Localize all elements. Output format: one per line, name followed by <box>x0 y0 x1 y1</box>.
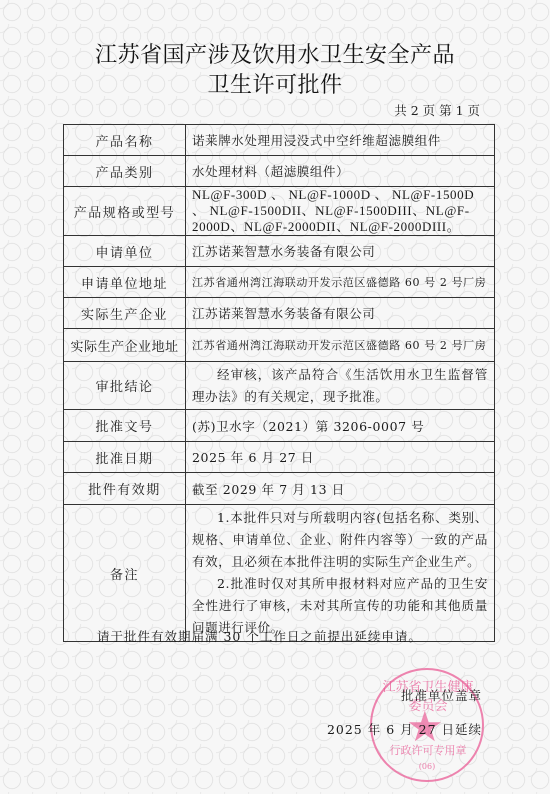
row-label: 实际生产企业 <box>64 298 186 329</box>
row-label: 申请单位 <box>64 236 186 267</box>
approval-number: (苏)卫水字（2021）第 3206-0007 号 <box>186 410 495 442</box>
product-category: 水处理材料（超滤膜组件） <box>186 156 495 187</box>
row-label: 批准日期 <box>64 442 186 473</box>
row-label: 批件有效期 <box>64 473 186 505</box>
table-row: 实际生产企业 江苏诺莱智慧水务装备有限公司 <box>64 298 495 329</box>
table-row: 申请单位地址 江苏省通州湾江海联动开发示范区盛德路 60 号 2 号厂房 <box>64 267 495 298</box>
validity-period: 截至 2029 年 7 月 13 日 <box>186 473 495 505</box>
manufacturer: 江苏诺莱智慧水务装备有限公司 <box>186 298 495 329</box>
row-label: 审批结论 <box>64 362 186 410</box>
row-label: 产品名称 <box>64 125 186 156</box>
approval-table: 产品名称 诺莱牌水处理用浸没式中空纤维超滤膜组件 产品类别 水处理材料（超滤膜组… <box>63 124 495 642</box>
remarks: 1.本批件只对与所载明内容(包括名称、类别、规格、申请单位、企业、附件内容等）一… <box>186 505 495 642</box>
applicant-address: 江苏省通州湾江海联动开发示范区盛德路 60 号 2 号厂房 <box>186 267 495 298</box>
row-label: 申请单位地址 <box>64 267 186 298</box>
seal-bottom-text: 行政许可专用章 <box>380 742 476 758</box>
row-label: 产品规格或型号 <box>64 187 186 236</box>
table-row: 备注 1.本批件只对与所载明内容(包括名称、类别、规格、申请单位、企业、附件内容… <box>64 505 495 642</box>
row-label: 批准文号 <box>64 410 186 442</box>
table-row: 实际生产企业地址 江苏省通州湾江海联动开发示范区盛德路 60 号 2 号厂房 <box>64 329 495 362</box>
table-row: 产品规格或型号 NL@F-300D 、 NL@F-1000D 、 NL@F-15… <box>64 187 495 236</box>
document-title-line1: 江苏省国产涉及饮用水卫生安全产品 <box>0 38 550 69</box>
remark-item: 1.本批件只对与所载明内容(包括名称、类别、规格、申请单位、企业、附件内容等）一… <box>192 507 488 573</box>
table-row: 产品名称 诺莱牌水处理用浸没式中空纤维超滤膜组件 <box>64 125 495 156</box>
table-row: 批准日期 2025 年 6 月 27 日 <box>64 442 495 473</box>
renewal-note: 请于批件有效期届满 30 个工作日之前提出延续申请。 <box>97 627 422 645</box>
document-title-line2: 卫生许可批件 <box>0 68 550 99</box>
row-label: 产品类别 <box>64 156 186 187</box>
table-row: 产品类别 水处理材料（超滤膜组件） <box>64 156 495 187</box>
manufacturer-address: 江苏省通州湾江海联动开发示范区盛德路 60 号 2 号厂房 <box>186 329 495 362</box>
table-row: 批件有效期 截至 2029 年 7 月 13 日 <box>64 473 495 505</box>
table-row: 批准文号 (苏)卫水字（2021）第 3206-0007 号 <box>64 410 495 442</box>
seal-label: 批准单位盖章 <box>401 686 482 704</box>
table-row: 申请单位 江苏诺莱智慧水务装备有限公司 <box>64 236 495 267</box>
row-label: 实际生产企业地址 <box>64 329 186 362</box>
seal-date: 2025 年 6 月 27 日延续 <box>327 720 482 738</box>
table-row: 审批结论 经审核，该产品符合《生活饮用水卫生监督管理办法》的有关规定，现予批准。 <box>64 362 495 410</box>
row-label: 备注 <box>64 505 186 642</box>
seal-number: (06) <box>372 762 482 771</box>
approval-date: 2025 年 6 月 27 日 <box>186 442 495 473</box>
page-indicator: 共 2 页 第 1 页 <box>394 101 480 119</box>
product-models: NL@F-300D 、 NL@F-1000D 、 NL@F-1500D 、 NL… <box>186 187 495 236</box>
approval-conclusion: 经审核，该产品符合《生活饮用水卫生监督管理办法》的有关规定，现予批准。 <box>186 362 495 410</box>
applicant: 江苏诺莱智慧水务装备有限公司 <box>186 236 495 267</box>
product-name: 诺莱牌水处理用浸没式中空纤维超滤膜组件 <box>186 125 495 156</box>
